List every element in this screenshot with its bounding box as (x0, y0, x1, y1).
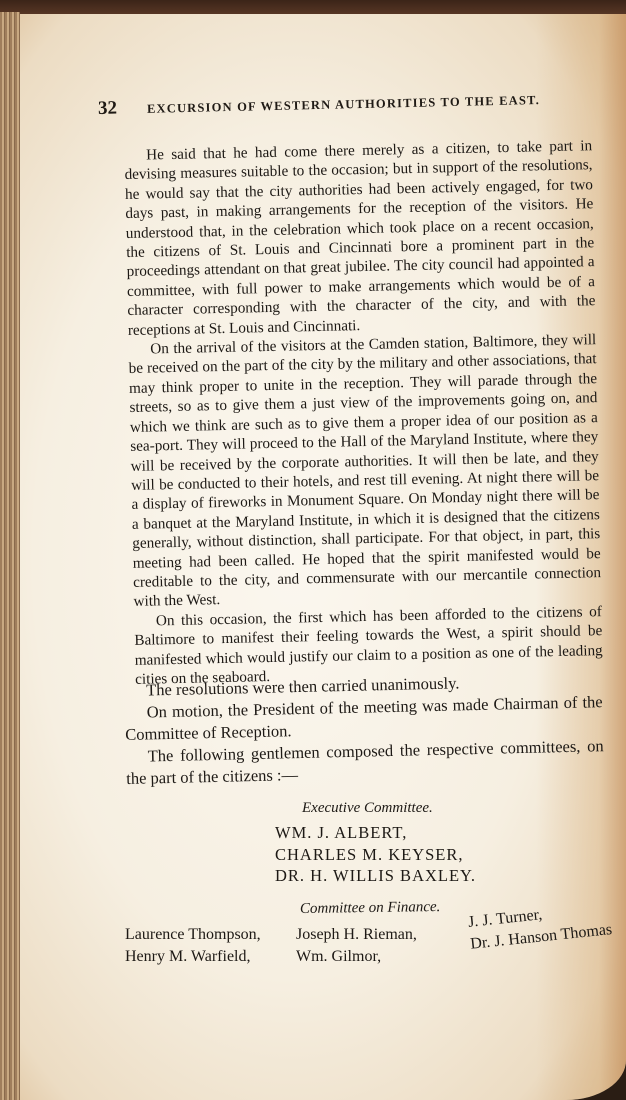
member-name: CHARLES M. KEYSER, (275, 844, 476, 866)
paragraph: On the arrival of the visitors at the Ca… (128, 330, 602, 611)
page-number: 32 (98, 98, 117, 119)
body-text: He said that he had come there merely as… (124, 136, 603, 689)
member-name: WM. J. ALBERT, (275, 822, 476, 844)
member-column: Joseph H. Rieman, Wm. Gilmor, (296, 924, 417, 968)
member-name: DR. H. WILLIS BAXLEY. (275, 865, 476, 887)
page-stack-edge (0, 12, 20, 1100)
paragraph: He said that he had come there merely as… (124, 136, 596, 340)
finance-committee-title: Committee on Finance. (300, 899, 441, 918)
member-name: Joseph H. Rieman, (296, 924, 417, 946)
member-name: Henry M. Warfield, (125, 946, 261, 968)
member-name: Laurence Thompson, (125, 924, 261, 946)
executive-committee-members: WM. J. ALBERT, CHARLES M. KEYSER, DR. H.… (275, 822, 476, 887)
member-name: Wm. Gilmor, (296, 946, 417, 968)
proceedings-text: The resolutions were then carried unanim… (124, 669, 604, 790)
book-scan: 32 EXCURSION OF WESTERN AUTHORITIES TO T… (0, 0, 626, 1100)
executive-committee-title: Executive Committee. (302, 800, 433, 817)
member-column: Laurence Thompson, Henry M. Warfield, (125, 924, 261, 968)
